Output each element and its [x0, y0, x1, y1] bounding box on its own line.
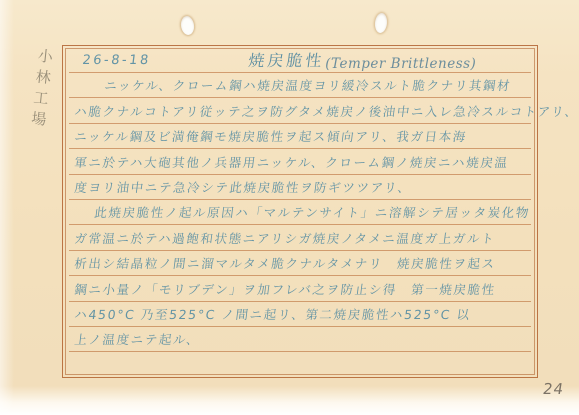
- manuscript-line: 鋼ニ小量ノ「モリブデン」ヲ加フレバ之ヲ防止シ得 第一焼戻脆性: [69, 276, 531, 301]
- manuscript-line: ハ450°C 乃至525°C ノ間ニ起リ、第二焼戻脆性ハ525°C 以: [69, 302, 531, 327]
- manuscript-line: 26-8-18 焼戻脆性 (Temper Brittleness): [69, 49, 531, 73]
- manuscript-line: ニッケル、クローム鋼ハ焼戻温度ヨリ緩冷スルト脆クナリ其鋼材: [69, 73, 531, 98]
- page-title: 焼戻脆性: [247, 51, 326, 72]
- page-title-english: (Temper Brittleness): [325, 56, 476, 72]
- empty-ruled-row: [69, 352, 531, 374]
- manuscript-line: ニッケル鋼及ビ満俺鋼モ焼戻脆性ヲ起ス傾向アリ、我ガ日本海: [69, 124, 531, 149]
- manuscript-line: 析出シ結晶粒ノ間ニ溜マルタメ脆クナルタメナリ 焼戻脆性ヲ起ス: [69, 251, 531, 276]
- manuscript-text: 軍ニ於テハ大砲其他ノ兵器用ニッケル、クローム鋼ノ焼戻ニハ焼戻温: [69, 153, 510, 174]
- manuscript-text: 度ヨリ油中ニテ急冷シテ此焼戻脆性ヲ防ギツツアリ、: [69, 178, 413, 199]
- manuscript-text: ハ脆クナルコトアリ従ッテ之ヲ防グタメ焼戻ノ後油中ニ入レ急冷スルコトアリ、: [69, 102, 579, 123]
- manuscript-line: 此焼戻脆性ノ起ル原因ハ「マルテンサイト」ニ溶解シテ居ッタ炭化物: [69, 200, 531, 225]
- manuscript-text: ハ450°C 乃至525°C ノ間ニ起リ、第二焼戻脆性ハ525°C 以: [69, 305, 472, 326]
- manuscript-text: ニッケル、クローム鋼ハ焼戻温度ヨリ緩冷スルト脆クナリ其鋼材: [69, 76, 512, 97]
- manuscript-line: ガ常温ニ於テハ過飽和状態ニアリシガ焼戻ノタメニ温度ガ上ガルト: [69, 225, 531, 250]
- ruled-border-frame: 26-8-18 焼戻脆性 (Temper Brittleness) ニッケル、ク…: [62, 45, 538, 378]
- ruled-lines-area: 26-8-18 焼戻脆性 (Temper Brittleness) ニッケル、ク…: [65, 48, 535, 375]
- manuscript-line: 上ノ温度ニテ起ル、: [69, 327, 531, 352]
- page-number: 24: [542, 380, 566, 398]
- manuscript-text: 上ノ温度ニテ起ル、: [69, 330, 201, 351]
- manuscript-text: 析出シ結晶粒ノ間ニ溜マルタメ脆クナルタメナリ 焼戻脆性ヲ起ス: [69, 254, 497, 275]
- manuscript-line: 度ヨリ油中ニテ急冷シテ此焼戻脆性ヲ防ギツツアリ、: [69, 175, 531, 200]
- manuscript-line: 軍ニ於テハ大砲其他ノ兵器用ニッケル、クローム鋼ノ焼戻ニハ焼戻温: [69, 149, 531, 174]
- manuscript-text: ニッケル鋼及ビ満俺鋼モ焼戻脆性ヲ起ス傾向アリ、我ガ日本海: [69, 127, 468, 148]
- manuscript-text: ガ常温ニ於テハ過飽和状態ニアリシガ焼戻ノタメニ温度ガ上ガルト: [69, 229, 496, 250]
- manuscript-text: 此焼戻脆性ノ起ル原因ハ「マルテンサイト」ニ溶解シテ居ッタ炭化物: [69, 203, 531, 224]
- manuscript-text: 鋼ニ小量ノ「モリブデン」ヲ加フレバ之ヲ防止シ得 第一焼戻脆性: [69, 280, 497, 301]
- date-heading: 26-8-18: [69, 51, 152, 72]
- manuscript-line: ハ脆クナルコトアリ従ッテ之ヲ防グタメ焼戻ノ後油中ニ入レ急冷スルコトアリ、: [69, 98, 531, 123]
